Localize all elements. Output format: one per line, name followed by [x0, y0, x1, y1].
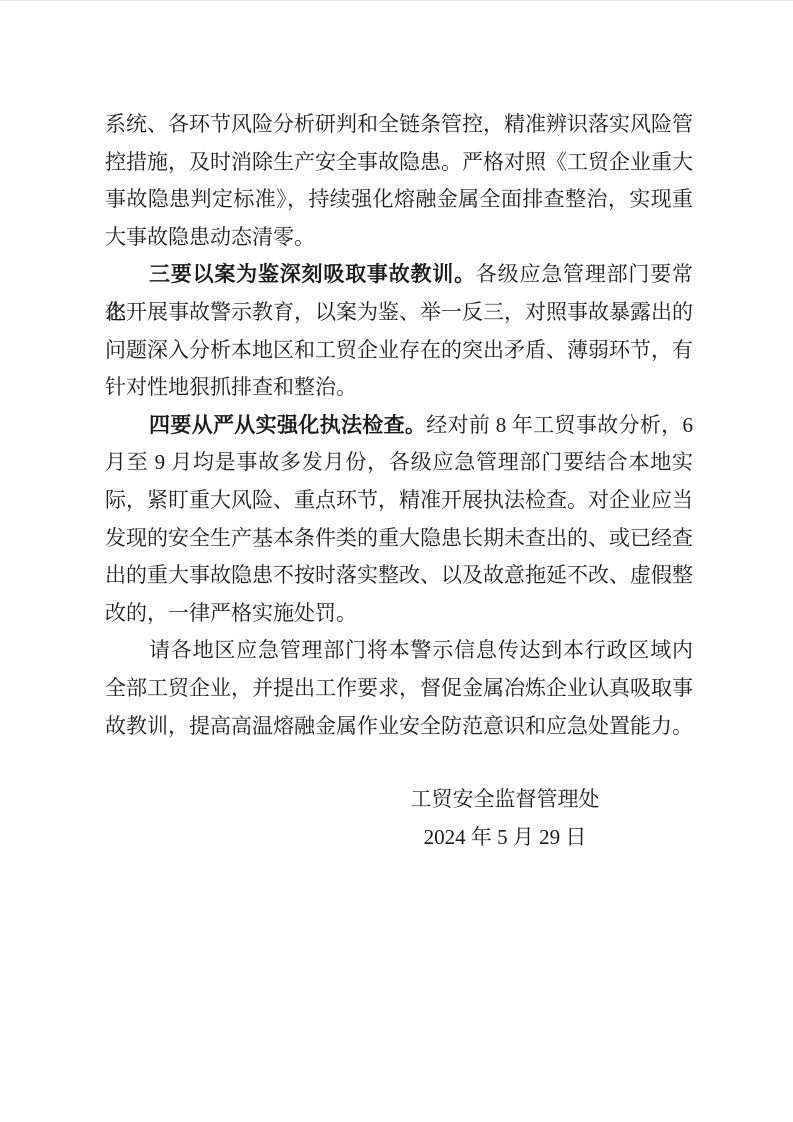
paragraph-text: 际，紧盯重大风险、重点环节，精准开展执法检查。对企业应当 [105, 488, 693, 512]
paragraph-text: 问题深入分析本地区和工贸企业存在的突出矛盾、薄弱环节，有 [105, 338, 693, 362]
text-line: 月至 9 月均是事故多发月份，各级应急管理部门要结合本地实 [105, 444, 693, 482]
text-line: 系统、各环节风险分析研判和全链条管控，精准辨识落实风险管 [105, 106, 693, 144]
text-line: 故教训，提高高温熔融金属作业安全防范意识和应急处置能力。 [105, 708, 693, 746]
text-line: 化开展事故警示教育，以案为鉴、举一反三，对照事故暴露出的 [105, 294, 693, 332]
paragraph-text: 经对前 8 年工贸事故分析，6 [426, 413, 693, 437]
signature-block: 工贸安全监督管理处 2024 年 5 月 29 日 [380, 781, 630, 856]
text-line: 三要以案为鉴深刻吸取事故教训。各级应急管理部门要常态 [105, 256, 693, 294]
text-line: 事故隐患判定标准》，持续强化熔融金属全面排查整治，实现重 [105, 181, 693, 219]
paragraph-text: 针对性地狠抓排查和整治。 [105, 375, 357, 399]
text-line: 大事故隐患动态清零。 [105, 219, 693, 257]
text-line: 际，紧盯重大风险、重点环节，精准开展执法检查。对企业应当 [105, 482, 693, 520]
paragraph-text: 事故隐患判定标准》，持续强化熔融金属全面排查整治，实现重 [105, 187, 693, 211]
signature: 工贸安全监督管理处 [380, 781, 630, 819]
paragraph-text: 系统、各环节风险分析研判和全链条管控，精准辨识落实风险管 [105, 112, 693, 136]
text-line: 控措施，及时消除生产安全事故隐患。严格对照《工贸企业重大 [105, 144, 693, 182]
text-line: 发现的安全生产基本条件类的重大隐患长期未查出的、或已经查 [105, 520, 693, 558]
paragraph-text: 化开展事故警示教育，以案为鉴、举一反三，对照事故暴露出的 [105, 300, 693, 324]
text-line: 问题深入分析本地区和工贸企业存在的突出矛盾、薄弱环节，有 [105, 332, 693, 370]
page-top-border [0, 0, 793, 1]
text-line: 四要从严从实强化执法检查。经对前 8 年工贸事故分析，6 [105, 407, 693, 445]
text-line: 针对性地狠抓排查和整治。 [105, 369, 693, 407]
paragraph-text: 全部工贸企业，并提出工作要求，督促金属冶炼企业认真吸取事 [105, 676, 693, 700]
paragraph-text: 控措施，及时消除生产安全事故隐患。严格对照《工贸企业重大 [105, 150, 693, 174]
text-line: 全部工贸企业，并提出工作要求，督促金属冶炼企业认真吸取事 [105, 670, 693, 708]
text-line: 改的，一律严格实施处罚。 [105, 595, 693, 633]
date: 2024 年 5 月 29 日 [380, 819, 630, 857]
paragraph-text: 故教训，提高高温熔融金属作业安全防范意识和应急处置能力。 [105, 714, 693, 738]
paragraph-heading-text: 四要从严从实强化执法检查。 [149, 414, 426, 437]
text-line: 请各地区应急管理部门将本警示信息传达到本行政区域内 [105, 632, 693, 670]
paragraph-text: 改的，一律严格实施处罚。 [105, 601, 357, 625]
paragraph-heading-text: 三要以案为鉴深刻吸取事故教训。 [149, 263, 476, 286]
paragraph-text: 大事故隐患动态清零。 [105, 225, 315, 249]
paragraph-text: 出的重大事故隐患不按时落实整改、以及故意拖延不改、虚假整 [105, 563, 693, 587]
paragraph-text: 发现的安全生产基本条件类的重大隐患长期未查出的、或已经查 [105, 526, 693, 550]
text-line: 出的重大事故隐患不按时落实整改、以及故意拖延不改、虚假整 [105, 557, 693, 595]
document-page: 系统、各环节风险分析研判和全链条管控，精准辨识落实风险管控措施，及时消除生产安全… [0, 0, 793, 1122]
paragraph-text: 月至 9 月均是事故多发月份，各级应急管理部门要结合本地实 [105, 450, 693, 474]
document-body: 系统、各环节风险分析研判和全链条管控，精准辨识落实风险管控措施，及时消除生产安全… [105, 106, 693, 745]
paragraph-text: 请各地区应急管理部门将本警示信息传达到本行政区域内 [149, 638, 693, 662]
